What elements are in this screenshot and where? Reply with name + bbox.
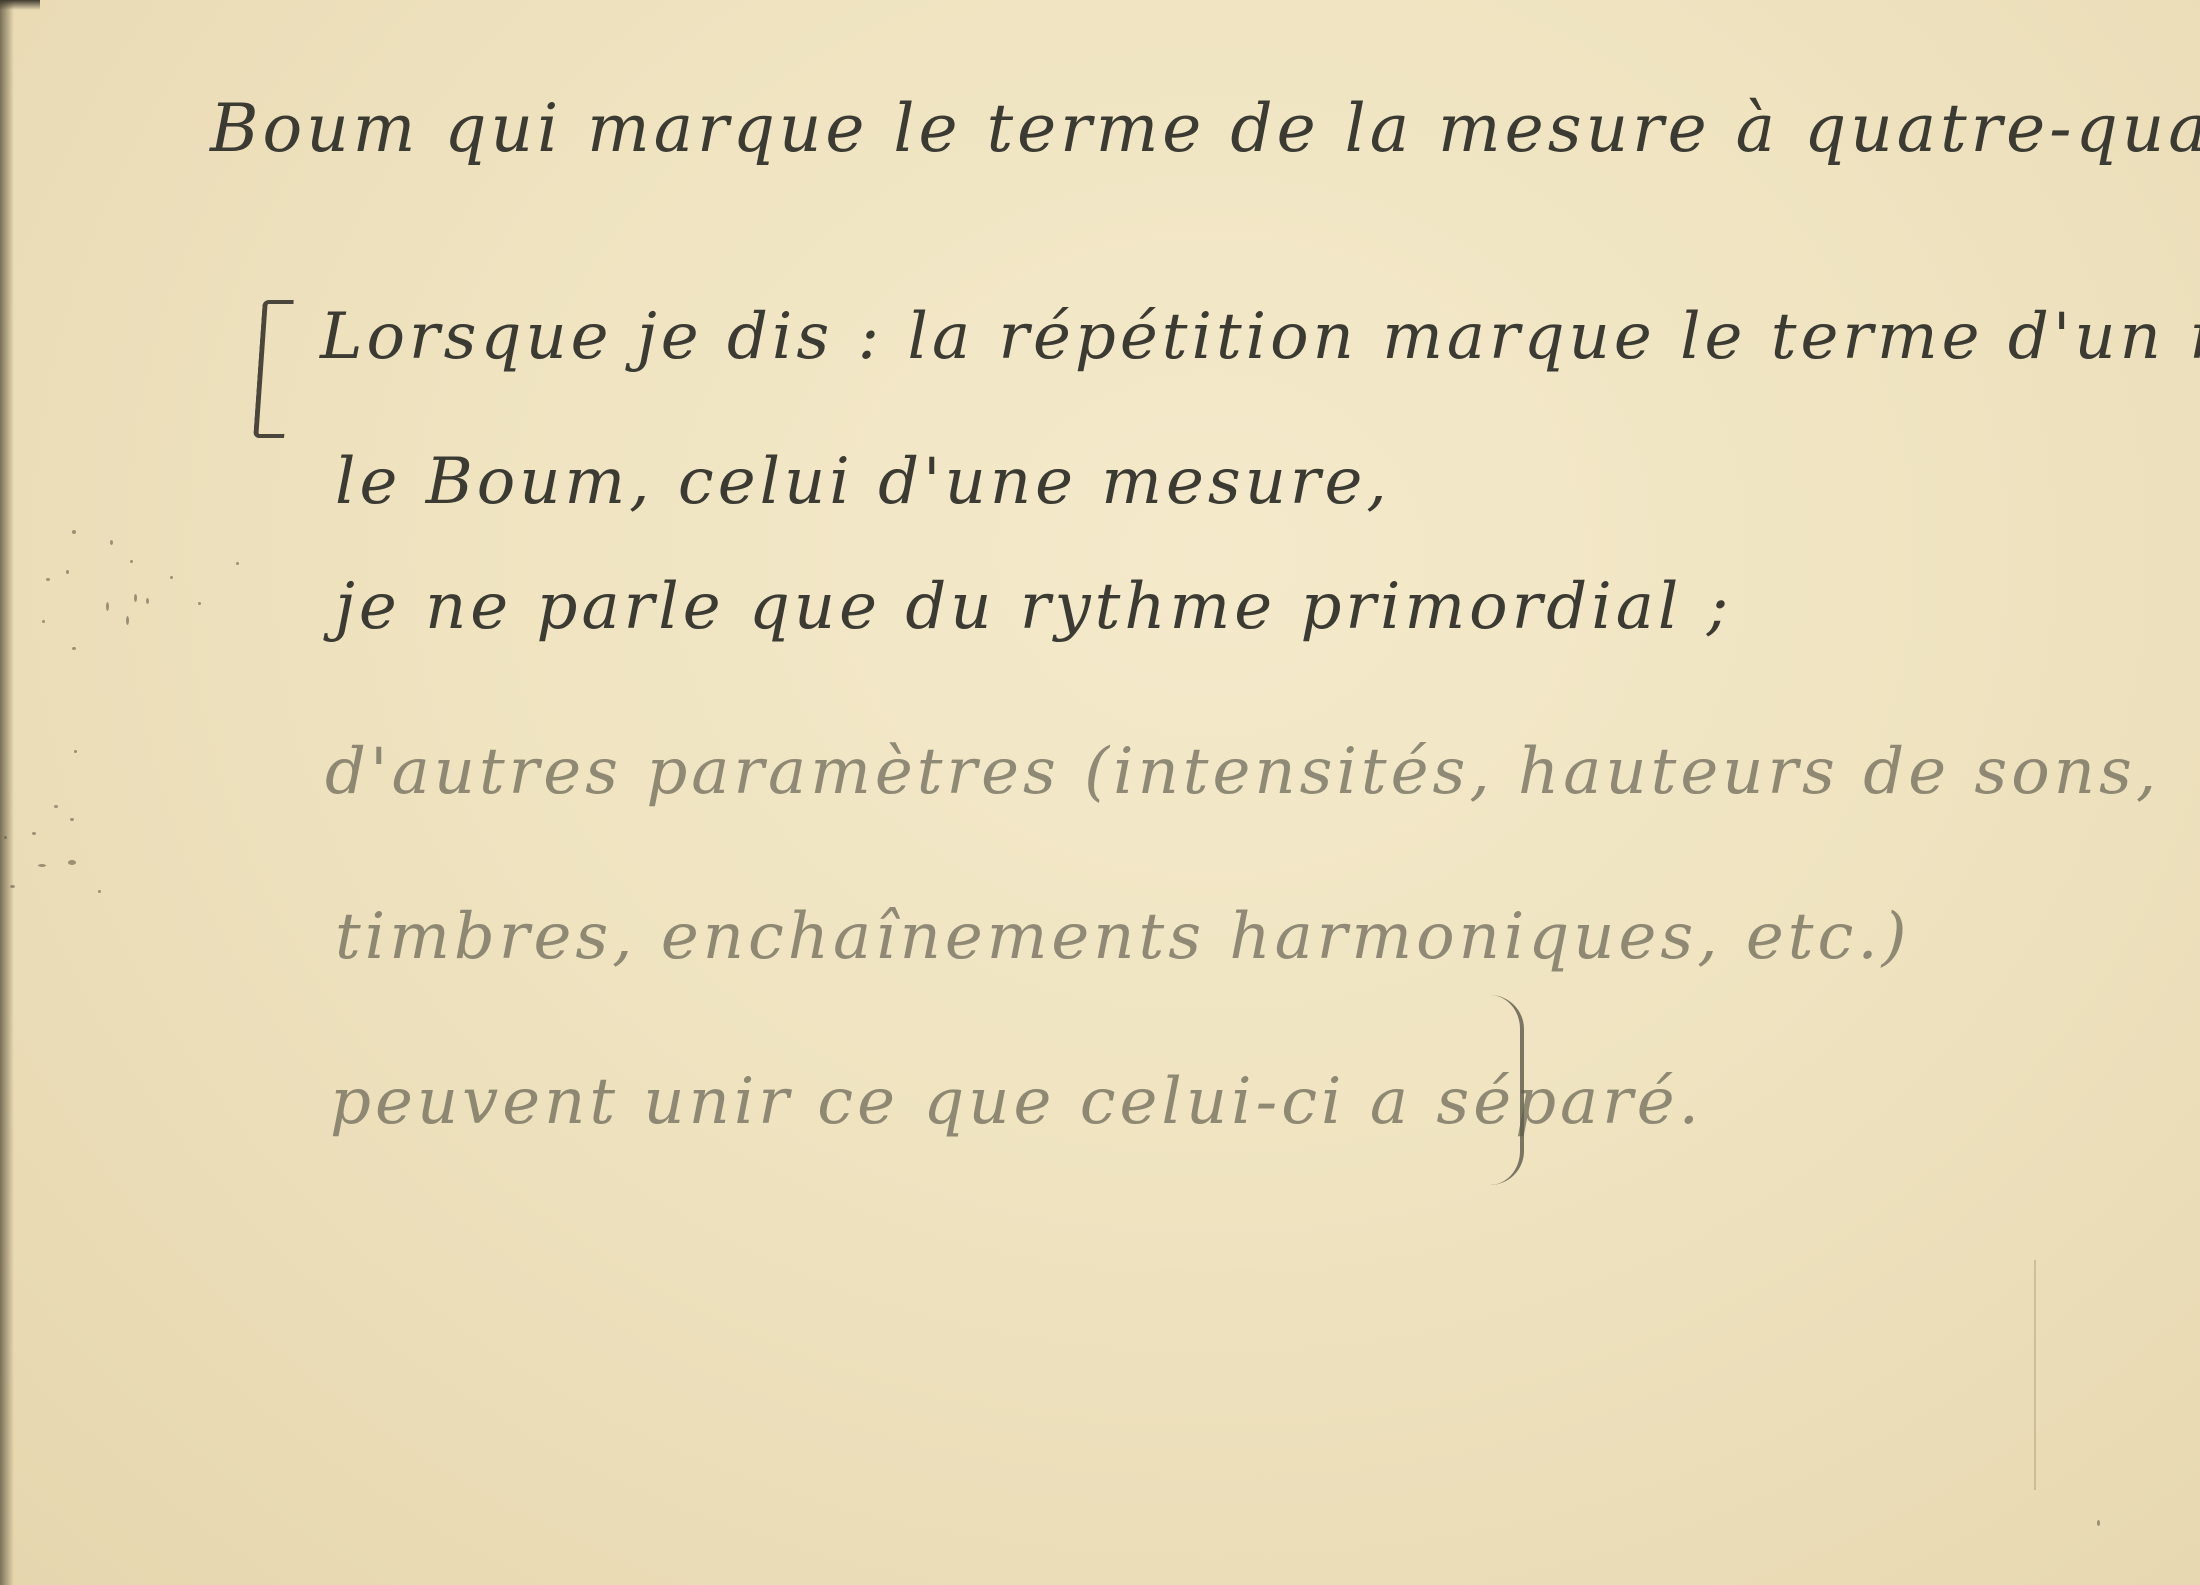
manuscript-line-2: Lorsque je dis : la répétition marque le…	[320, 300, 2200, 374]
opening-bracket	[253, 300, 294, 438]
manuscript-page: Boum qui marque le terme de la mesure à …	[0, 0, 2200, 1585]
closing-parenthesis	[1490, 995, 1524, 1185]
manuscript-line-4: je ne parle que du rythme primordial ;	[335, 570, 1732, 644]
manuscript-line-1: Boum qui marque le terme de la mesure à …	[210, 90, 2200, 167]
page-left-edge-shadow	[0, 0, 14, 1585]
manuscript-line-5: d'autres paramètres (intensités, hauteur…	[325, 735, 2160, 809]
paper-crease	[2034, 1260, 2036, 1490]
manuscript-line-3: le Boum, celui d'une mesure,	[335, 445, 1391, 519]
page-corner-shadow	[0, 0, 40, 10]
manuscript-line-6: timbres, enchaînements harmoniques, etc.…	[335, 900, 1911, 974]
